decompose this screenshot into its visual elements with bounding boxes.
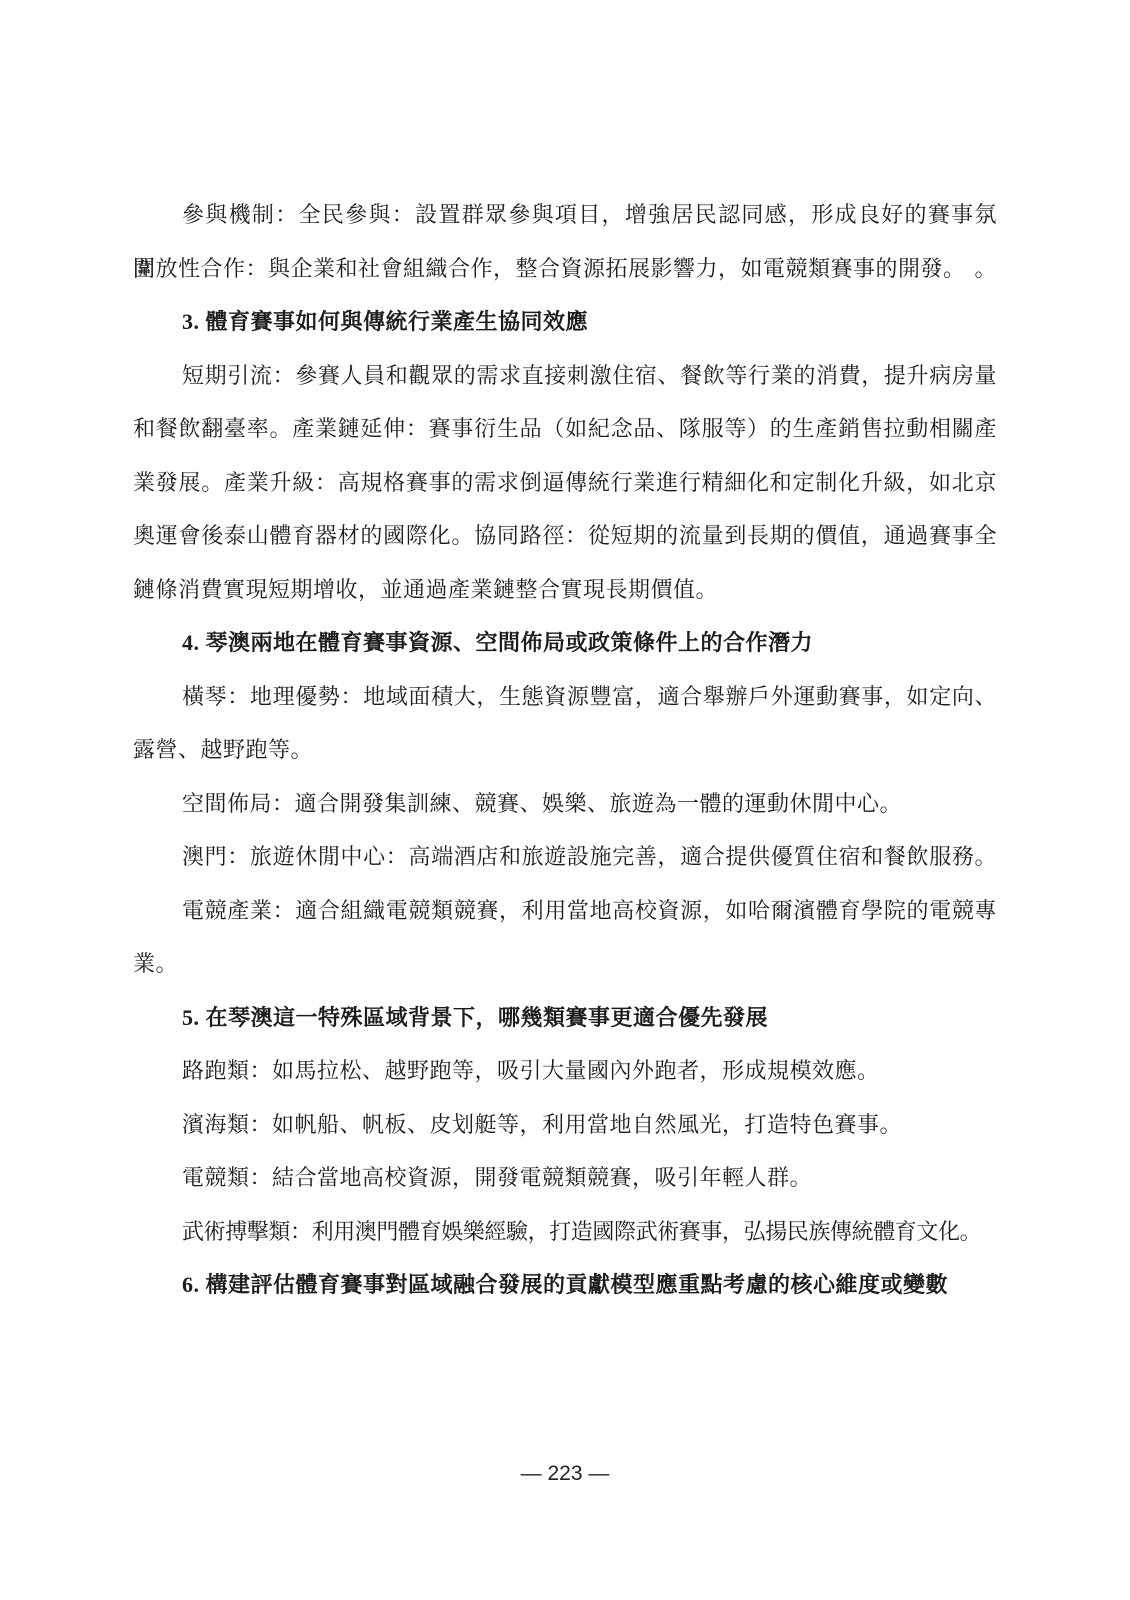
paragraph-line: 空間佈局：適合開發集訓練、競賽、娛樂、旅遊為一體的運動休閒中心。 — [133, 777, 997, 831]
paragraph-line: 濱海類：如帆船、帆板、皮划艇等，利用當地自然風光，打造特色賽事。 — [133, 1098, 997, 1152]
paragraph-line: 電競產業：適合組織電競類競賽，利用當地高校資源，如哈爾濱體育學院的電競專 — [133, 884, 997, 938]
section-heading: 3. 體育賽事如何與傳統行業產生協同效應 — [133, 295, 997, 349]
paragraph-line: 澳門：旅遊休閒中心：高端酒店和旅遊設施完善，適合提供優質住宿和餐飲服務。 — [133, 830, 997, 884]
paragraph-line: 參與機制：全民參與：設置群眾參與項目，增強居民認同感，形成良好的賽事氛圍。 — [133, 188, 997, 242]
paragraph-line: 業。 — [133, 937, 997, 991]
document-page: 參與機制：全民參與：設置群眾參與項目，增強居民認同感，形成良好的賽事氛圍。開放性… — [0, 0, 1130, 1600]
paragraph-line: 橫琴：地理優勢：地域面積大，生態資源豐富，適合舉辦戶外運動賽事，如定向、 — [133, 670, 997, 724]
paragraph-line: 和餐飲翻臺率。產業鏈延伸：賽事衍生品（如紀念品、隊服等）的生產銷售拉動相關產 — [133, 402, 997, 456]
section-heading: 6. 構建評估體育賽事對區域融合發展的貢獻模型應重點考慮的核心維度或變數 — [133, 1258, 997, 1312]
paragraph-line: 業發展。產業升級：高規格賽事的需求倒逼傳統行業進行精細化和定制化升級，如北京 — [133, 456, 997, 510]
page-number: — 223 — — [0, 1461, 1130, 1487]
paragraph-line: 開放性合作：與企業和社會組織合作，整合資源拓展影響力，如電競類賽事的開發。 — [133, 242, 997, 296]
paragraph-line: 路跑類：如馬拉松、越野跑等，吸引大量國內外跑者，形成規模效應。 — [133, 1044, 997, 1098]
section-heading: 5. 在琴澳這一特殊區域背景下，哪幾類賽事更適合優先發展 — [133, 991, 997, 1045]
paragraph-line: 鏈條消費實現短期增收，並通過產業鏈整合實現長期價值。 — [133, 563, 997, 617]
section-heading: 4. 琴澳兩地在體育賽事資源、空間佈局或政策條件上的合作潛力 — [133, 616, 997, 670]
paragraph-line: 武術搏擊類：利用澳門體育娛樂經驗，打造國際武術賽事，弘揚民族傳統體育文化。 — [133, 1205, 997, 1259]
paragraph-line: 短期引流：參賽人員和觀眾的需求直接刺激住宿、餐飲等行業的消費，提升病房量 — [133, 349, 997, 403]
document-body: 參與機制：全民參與：設置群眾參與項目，增強居民認同感，形成良好的賽事氛圍。開放性… — [133, 188, 997, 1312]
paragraph-line: 奧運會後泰山體育器材的國際化。協同路徑：從短期的流量到長期的價值，通過賽事全 — [133, 509, 997, 563]
paragraph-line: 露營、越野跑等。 — [133, 723, 997, 777]
paragraph-line: 電競類：結合當地高校資源，開發電競類競賽，吸引年輕人群。 — [133, 1151, 997, 1205]
